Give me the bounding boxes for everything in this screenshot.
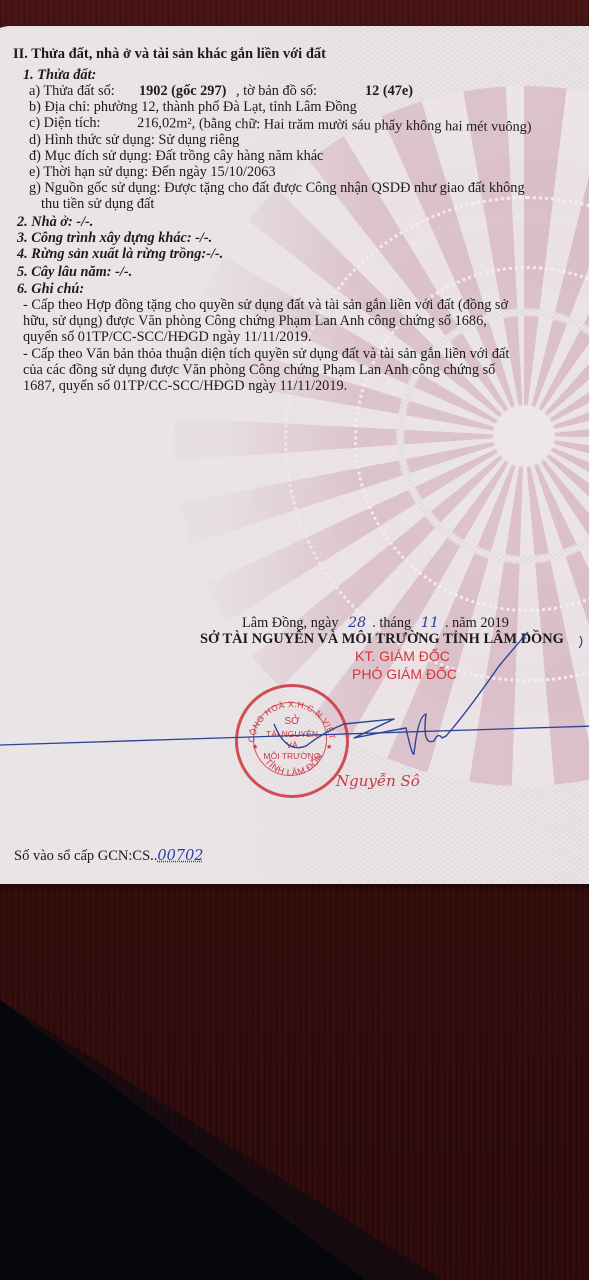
certificate-page: II. Thửa đất, nhà ở và tài sản khác gắn … (0, 26, 589, 884)
signature-ink (0, 26, 589, 884)
